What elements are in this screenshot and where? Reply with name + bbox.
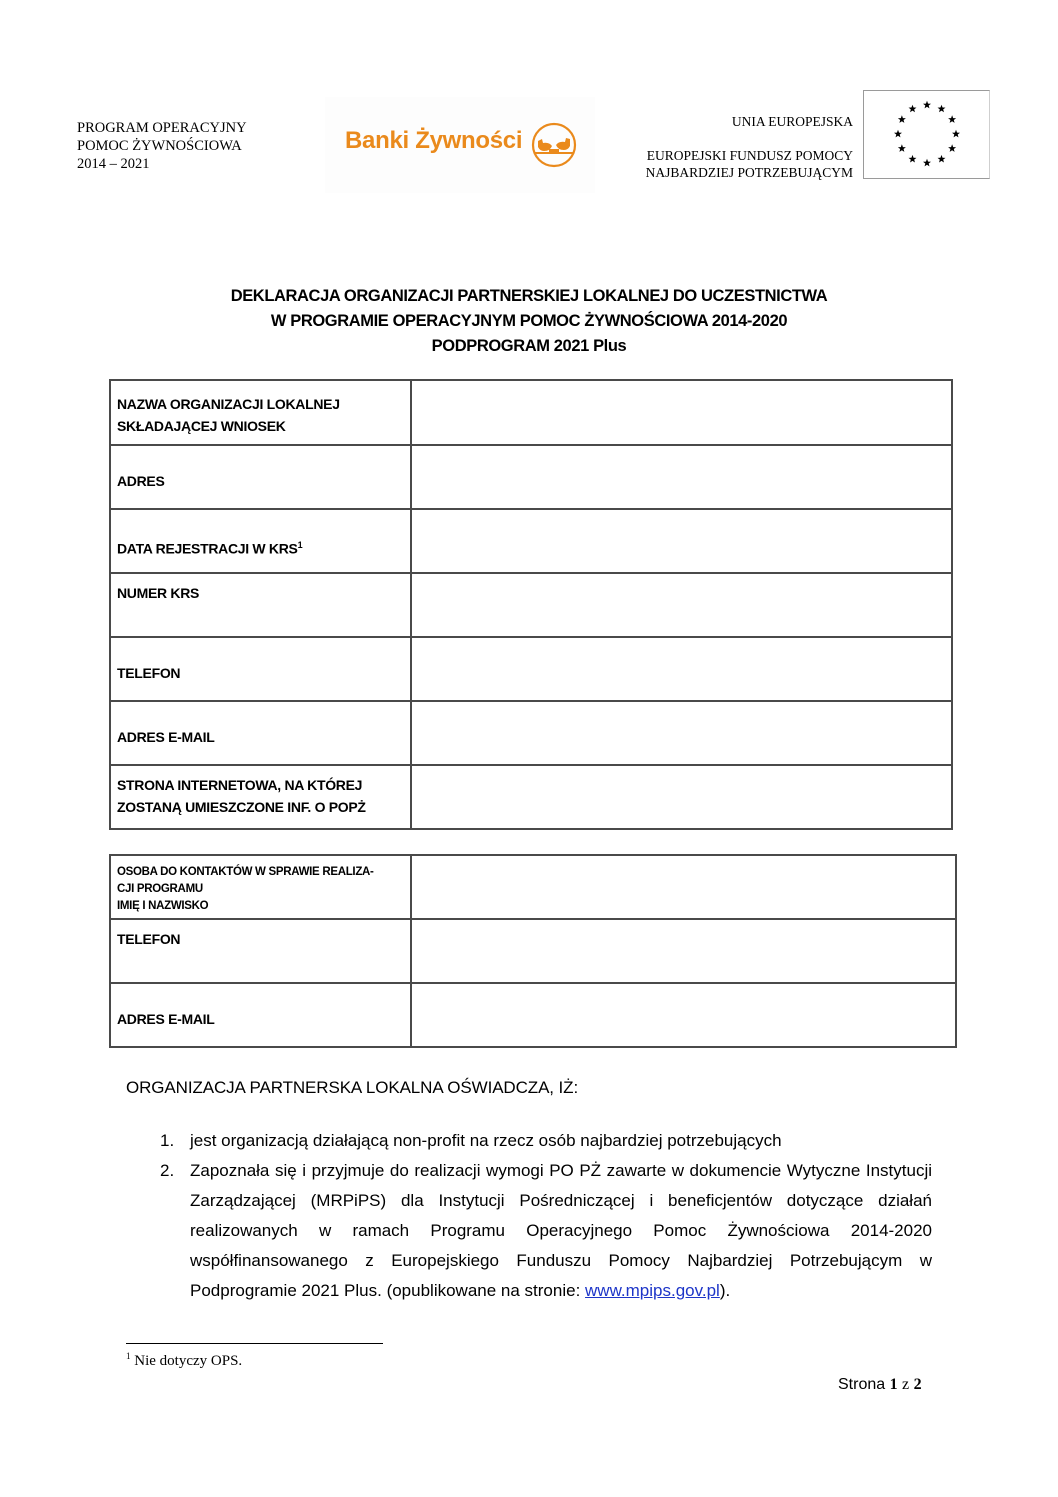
table-row: STRONA INTERNETOWA, NA KTÓREJ ZOSTANĄ UM… — [110, 765, 952, 829]
page-indicator: Strona 1 z 2 — [838, 1376, 922, 1394]
list-item-number: 2. — [160, 1156, 190, 1306]
list-item: 2. Zapoznała się i przyjmuje do realizac… — [160, 1156, 932, 1306]
field-label-contact-phone: TELEFON — [110, 919, 411, 983]
table-row: ADRES E-MAIL — [110, 983, 956, 1047]
document-title: DEKLARACJA ORGANIZACJI PARTNERSKIEJ LOKA… — [0, 284, 1058, 359]
krs-number-field[interactable] — [411, 573, 952, 637]
table-row: TELEFON — [110, 637, 952, 701]
field-label-website: STRONA INTERNETOWA, NA KTÓREJ ZOSTANĄ UM… — [110, 765, 411, 829]
declaration-list: 1. jest organizacją działającą non-profi… — [160, 1126, 932, 1306]
page-prefix: Strona — [838, 1376, 885, 1393]
title-line: DEKLARACJA ORGANIZACJI PARTNERSKIEJ LOKA… — [0, 284, 1058, 309]
krs-date-field[interactable] — [411, 509, 952, 573]
address-field[interactable] — [411, 445, 952, 509]
list-item: 1. jest organizacją działającą non-profi… — [160, 1126, 932, 1156]
contact-email-field[interactable] — [411, 983, 956, 1047]
contact-person-table: OSOBA DO KONTAKTÓW W SPRAWIE REALIZA- CJ… — [109, 854, 957, 1048]
field-label-krs-number: NUMER KRS — [110, 573, 411, 637]
table-row: NUMER KRS — [110, 573, 952, 637]
item-2-text: Zapoznała się i przyjmuje do realizacji … — [190, 1161, 932, 1300]
label-line: IMIĘ I NAZWISKO — [117, 898, 404, 915]
footnote-divider — [126, 1343, 383, 1344]
list-item-number: 1. — [160, 1126, 190, 1156]
table-row: ADRES — [110, 445, 952, 509]
contact-person-field[interactable] — [411, 855, 956, 919]
declaration-heading: ORGANIZACJA PARTNERSKA LOKALNA OŚWIADCZA… — [126, 1078, 578, 1098]
food-bank-birds-emblem-icon — [529, 122, 579, 168]
table-row: ADRES E-MAIL — [110, 701, 952, 765]
eu-fund-label: UNIA EUROPEJSKA EUROPEJSKI FUNDUSZ POMOC… — [646, 113, 853, 181]
program-header: PROGRAM OPERACYJNY POMOC ŻYWNOŚCIOWA 201… — [77, 119, 247, 173]
eu-fund-name-line1: EUROPEJSKI FUNDUSZ POMOCY — [646, 147, 853, 164]
title-line: W PROGRAMIE OPERACYJNYM POMOC ŻYWNOŚCIOW… — [0, 309, 1058, 334]
field-label-krs-date: DATA REJESTRACJI W KRS1 — [110, 509, 411, 573]
footnote-number: 1 — [126, 1351, 131, 1361]
field-label-email: ADRES E-MAIL — [110, 701, 411, 765]
item-2-after: ). — [720, 1281, 730, 1300]
website-field[interactable] — [411, 765, 952, 829]
eu-stars-flag-icon — [863, 90, 990, 179]
contact-phone-field[interactable] — [411, 919, 956, 983]
banki-zywnosci-logo: Banki Żywności — [325, 97, 595, 193]
program-header-line: PROGRAM OPERACYJNY — [77, 119, 247, 137]
footnote-text: Nie dotyczy OPS. — [134, 1353, 242, 1369]
page-total: 2 — [914, 1376, 922, 1393]
label-line: CJI PROGRAMU — [117, 881, 404, 898]
page-current: 1 — [890, 1376, 898, 1393]
label-line: OSOBA DO KONTAKTÓW W SPRAWIE REALIZA- — [117, 864, 404, 881]
eu-name: UNIA EUROPEJSKA — [646, 113, 853, 130]
mpips-link[interactable]: www.mpips.gov.pl — [585, 1281, 720, 1300]
krs-date-label-text: DATA REJESTRACJI W KRS — [117, 541, 298, 557]
field-label-contact-person: OSOBA DO KONTAKTÓW W SPRAWIE REALIZA- CJ… — [110, 855, 411, 919]
table-row: DATA REJESTRACJI W KRS1 — [110, 509, 952, 573]
field-label-contact-email: ADRES E-MAIL — [110, 983, 411, 1047]
program-header-line: POMOC ŻYWNOŚCIOWA — [77, 137, 247, 155]
field-label-org-name: NAZWA ORGANIZACJI LOKALNEJ SKŁADAJĄCEJ W… — [110, 380, 411, 445]
logo-text: Banki Żywności — [345, 127, 522, 155]
eu-fund-name-line2: NAJBARDZIEJ POTRZEBUJĄCYM — [646, 164, 853, 181]
field-label-address: ADRES — [110, 445, 411, 509]
organization-info-table: NAZWA ORGANIZACJI LOKALNEJ SKŁADAJĄCEJ W… — [109, 379, 953, 830]
table-row: TELEFON — [110, 919, 956, 983]
page-separator: z — [902, 1376, 909, 1393]
title-line: PODPROGRAM 2021 Plus — [0, 334, 1058, 359]
list-item-text: Zapoznała się i przyjmuje do realizacji … — [190, 1156, 932, 1306]
list-item-text: jest organizacją działającą non-profit n… — [190, 1126, 932, 1156]
field-label-phone: TELEFON — [110, 637, 411, 701]
program-header-line: 2014 – 2021 — [77, 155, 247, 173]
table-row: NAZWA ORGANIZACJI LOKALNEJ SKŁADAJĄCEJ W… — [110, 380, 952, 445]
org-name-field[interactable] — [411, 380, 952, 445]
phone-field[interactable] — [411, 637, 952, 701]
email-field[interactable] — [411, 701, 952, 765]
footnote: 1 Nie dotyczy OPS. — [126, 1351, 242, 1370]
footnote-ref: 1 — [298, 540, 303, 550]
table-row: OSOBA DO KONTAKTÓW W SPRAWIE REALIZA- CJ… — [110, 855, 956, 919]
